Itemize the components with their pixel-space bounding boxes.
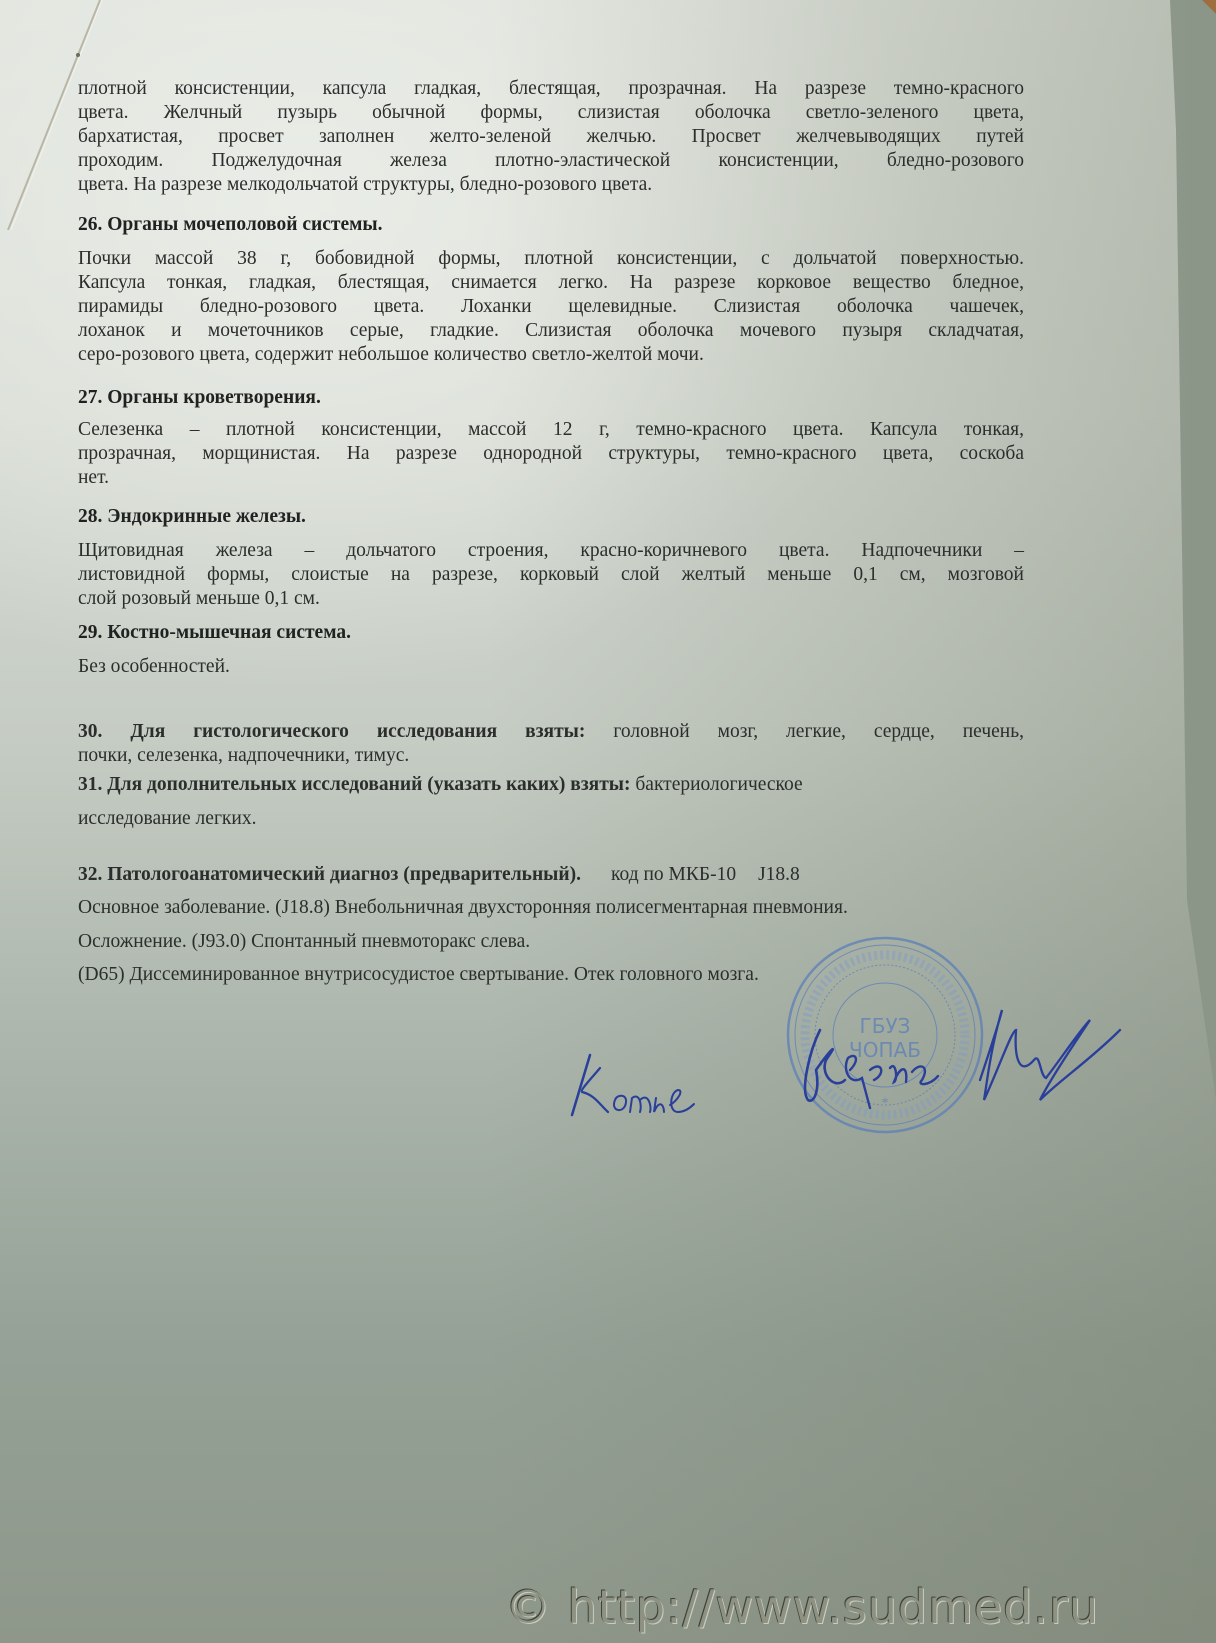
site-watermark: © http://www.sudmed.ru bbox=[505, 1580, 1099, 1634]
text-line: проходим. Поджелудочная железа плотно-эл… bbox=[78, 149, 1024, 173]
text-line: слой розовый меньше 0,1 см. bbox=[78, 587, 1024, 611]
icd-code: J18.8 bbox=[758, 864, 800, 885]
section-heading: 28. Эндокринные железы. bbox=[78, 505, 1024, 529]
main-disease: Основное заболевание. (J18.8) Внебольнич… bbox=[78, 896, 1024, 920]
text-line: 31. Для дополнительных исследований (ука… bbox=[78, 773, 1024, 797]
text-line: Селезенка – плотной консистенции, массой… bbox=[78, 418, 1024, 442]
text-line: цвета. Желчный пузырь обычной формы, сли… bbox=[78, 101, 1024, 125]
text-line: Капсула тонкая, гладкая, блестящая, сним… bbox=[78, 271, 1024, 295]
text-line: 30. Для гистологического исследования вз… bbox=[78, 720, 1024, 744]
text-line: Без особенностей. bbox=[78, 655, 1024, 679]
section-heading: 27. Органы кроветворения. bbox=[78, 386, 1024, 410]
icd-label: код по МКБ-10 bbox=[611, 864, 736, 885]
text-line: бархатистая, просвет заполнен желто-зеле… bbox=[78, 125, 1024, 149]
text-line: лоханок и мочеточников серые, гладкие. С… bbox=[78, 319, 1024, 343]
section-heading: 29. Костно-мышечная система. bbox=[78, 621, 1024, 645]
text-line: исследование легких. bbox=[78, 807, 1024, 831]
text-line: прозрачная, морщинистая. На разрезе одно… bbox=[78, 442, 1024, 466]
complication-2: (D65) Диссеминированное внутрисосудистое… bbox=[78, 963, 1024, 987]
text-line: цвета. На разрезе мелкодольчатой структу… bbox=[78, 173, 1024, 197]
text-line: нет. bbox=[78, 466, 1024, 490]
item-label: 31. Для дополнительных исследований (ука… bbox=[78, 774, 631, 795]
item-label: 32. Патологоанатомический диагноз (предв… bbox=[78, 864, 581, 885]
item-label: 30. Для гистологического исследования вз… bbox=[78, 721, 585, 742]
text-line: почки, селезенка, надпочечники, тимус. bbox=[78, 744, 1024, 768]
text-line: плотной консистенции, капсула гладкая, б… bbox=[78, 77, 1024, 101]
text-line: Почки массой 38 г, бобовидной формы, пло… bbox=[78, 247, 1024, 271]
complication: Осложнение. (J93.0) Спонтанный пневмотор… bbox=[78, 930, 1024, 954]
section-heading: 26. Органы мочеполовой системы. bbox=[78, 213, 1024, 237]
item-value: головной мозг, легкие, сердце, печень, bbox=[613, 721, 1024, 742]
text-line: пирамиды бледно-розового цвета. Лоханки … bbox=[78, 295, 1024, 319]
text-line: Щитовидная железа – дольчатого строения,… bbox=[78, 539, 1024, 563]
text-line: 32. Патологоанатомический диагноз (предв… bbox=[78, 863, 1024, 887]
item-value: бактериологическое bbox=[635, 774, 802, 795]
text-line: листовидной формы, слоистые на разрезе, … bbox=[78, 563, 1024, 587]
text-line: серо-розового цвета, содержит небольшое … bbox=[78, 343, 1024, 367]
